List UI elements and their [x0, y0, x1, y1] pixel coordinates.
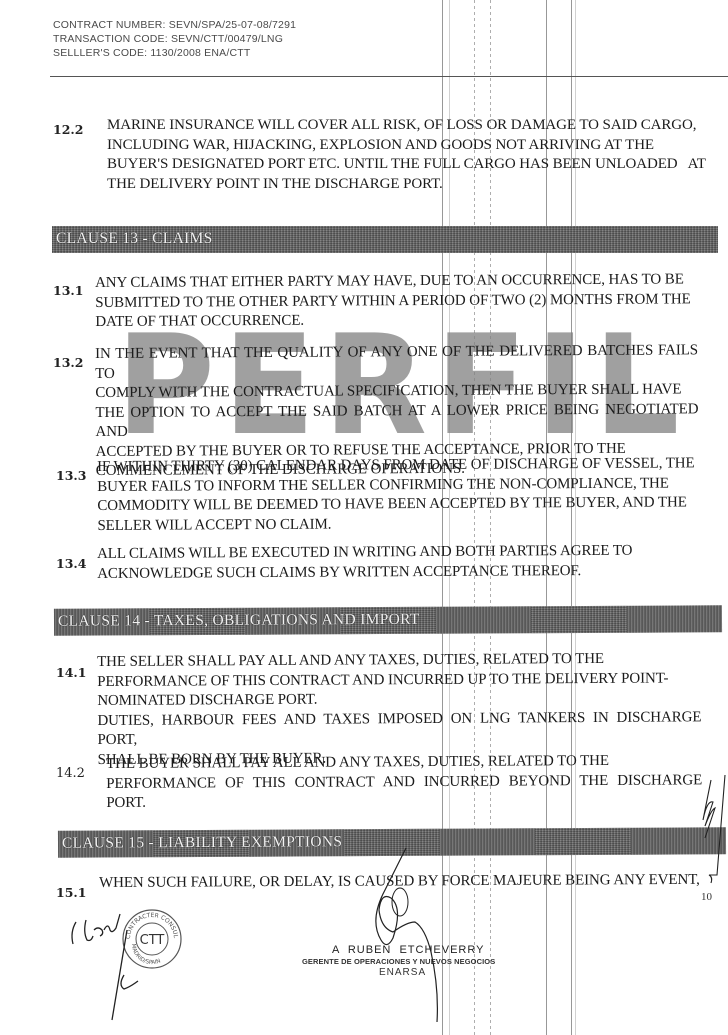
text-line: BUYER'S DESIGNATED PORT ETC. UNTIL THE F…	[107, 155, 719, 175]
clause-number: 13.2	[53, 355, 83, 370]
section-title: CLAUSE 14 - TAXES, OBLIGATIONS AND IMPOR…	[58, 611, 420, 631]
section-title: CLAUSE 15 - LIABILITY EXEMPTIONS	[62, 833, 342, 852]
text-line: PERFORMANCE OF THIS CONTRACT AND INCURRE…	[106, 771, 702, 814]
page-number: 10	[701, 891, 712, 903]
section-header-clause-15: CLAUSE 15 - LIABILITY EXEMPTIONS	[58, 827, 726, 857]
stamp-center: CTT	[140, 933, 165, 948]
clause-paragraph: ALL CLAIMS WILL BE EXECUTED IN WRITING A…	[97, 541, 699, 584]
text-line: SUBMITTED TO THE OTHER PARTY WITHIN A PE…	[95, 290, 698, 313]
section-header-clause-13: CLAUSE 13 - CLAIMS	[52, 226, 718, 253]
text-line: WHEN SUCH FAILURE, OR DELAY, IS CAUSED B…	[99, 871, 719, 894]
text-line: INCLUDING WAR, HIJACKING, EXPLOSION AND …	[107, 136, 719, 156]
signature-left	[72, 914, 120, 944]
text-line: SELLER WILL ACCEPT NO CLAIM.	[97, 513, 699, 536]
clause-number: 12.2	[53, 122, 83, 137]
clause-paragraph: THE BUYER SHALL PAY ALL AND ANY TAXES, D…	[106, 751, 702, 813]
clause-paragraph: IF WITHIN THIRTY (30) CALENDAR DAYS FROM…	[97, 454, 699, 536]
text-line: THE OPTION TO ACCEPT THE SAID BATCH AT A…	[95, 400, 698, 443]
section-header-clause-14: CLAUSE 14 - TAXES, OBLIGATIONS AND IMPOR…	[54, 605, 722, 635]
document-header: CONTRACT NUMBER: SEVN/SPA/25-07-08/7291 …	[53, 18, 296, 60]
text-line: DUTIES, HARBOUR FEES AND TAXES IMPOSED O…	[97, 708, 701, 751]
clause-number: 15.1	[56, 885, 86, 900]
clause-number: 13.4	[56, 556, 86, 571]
text-line: COMMODITY WILL BE DEEMED TO HAVE BEEN AC…	[97, 493, 699, 516]
text-line: DATE OF THAT OCCURRENCE.	[95, 309, 698, 332]
clause-number: 14.2	[56, 766, 85, 781]
signatory-name: A RUBEN ETCHEVERRY	[332, 944, 484, 956]
text-line: IN THE EVENT THAT THE QUALITY OF ANY ONE…	[95, 341, 698, 384]
clause-paragraph: ANY CLAIMS THAT EITHER PARTY MAY HAVE, D…	[95, 270, 698, 332]
text-line: MARINE INSURANCE WILL COVER ALL RISK, OF…	[107, 116, 719, 136]
clause-paragraph: WHEN SUCH FAILURE, OR DELAY, IS CAUSED B…	[99, 871, 719, 894]
text-line: THE DELIVERY POINT IN THE DISCHARGE PORT…	[107, 175, 719, 195]
seller-code: SELLLER'S CODE: 1130/2008 ENA/CTT	[53, 46, 296, 60]
header-divider	[50, 76, 728, 77]
section-title: CLAUSE 13 - CLAIMS	[56, 230, 213, 248]
clause-number: 13.1	[53, 283, 83, 298]
clause-paragraph: MARINE INSURANCE WILL COVER ALL RISK, OF…	[107, 116, 719, 194]
clause-number: 13.3	[56, 468, 86, 483]
text-line: ALL CLAIMS WILL BE EXECUTED IN WRITING A…	[97, 541, 699, 564]
transaction-code: TRANSACTION CODE: SEVN/CTT/00479/LNG	[53, 32, 296, 46]
text-line: PERFORMANCE OF THIS CONTRACT AND INCURRE…	[97, 669, 701, 692]
clause-number: 14.1	[56, 665, 86, 680]
contract-number: CONTRACT NUMBER: SEVN/SPA/25-07-08/7291	[53, 18, 296, 32]
company-stamp: CONTRACTER CONSULTING TS MADRID/SPAIN CT…	[121, 908, 183, 970]
text-line: ACKNOWLEDGE SUCH CLAIMS BY WRITTEN ACCEP…	[97, 561, 699, 584]
signatory-title: GERENTE DE OPERACIONES Y NUEVOS NEGOCIOS	[302, 957, 495, 966]
signatory-organization: ENARSA	[379, 967, 426, 978]
